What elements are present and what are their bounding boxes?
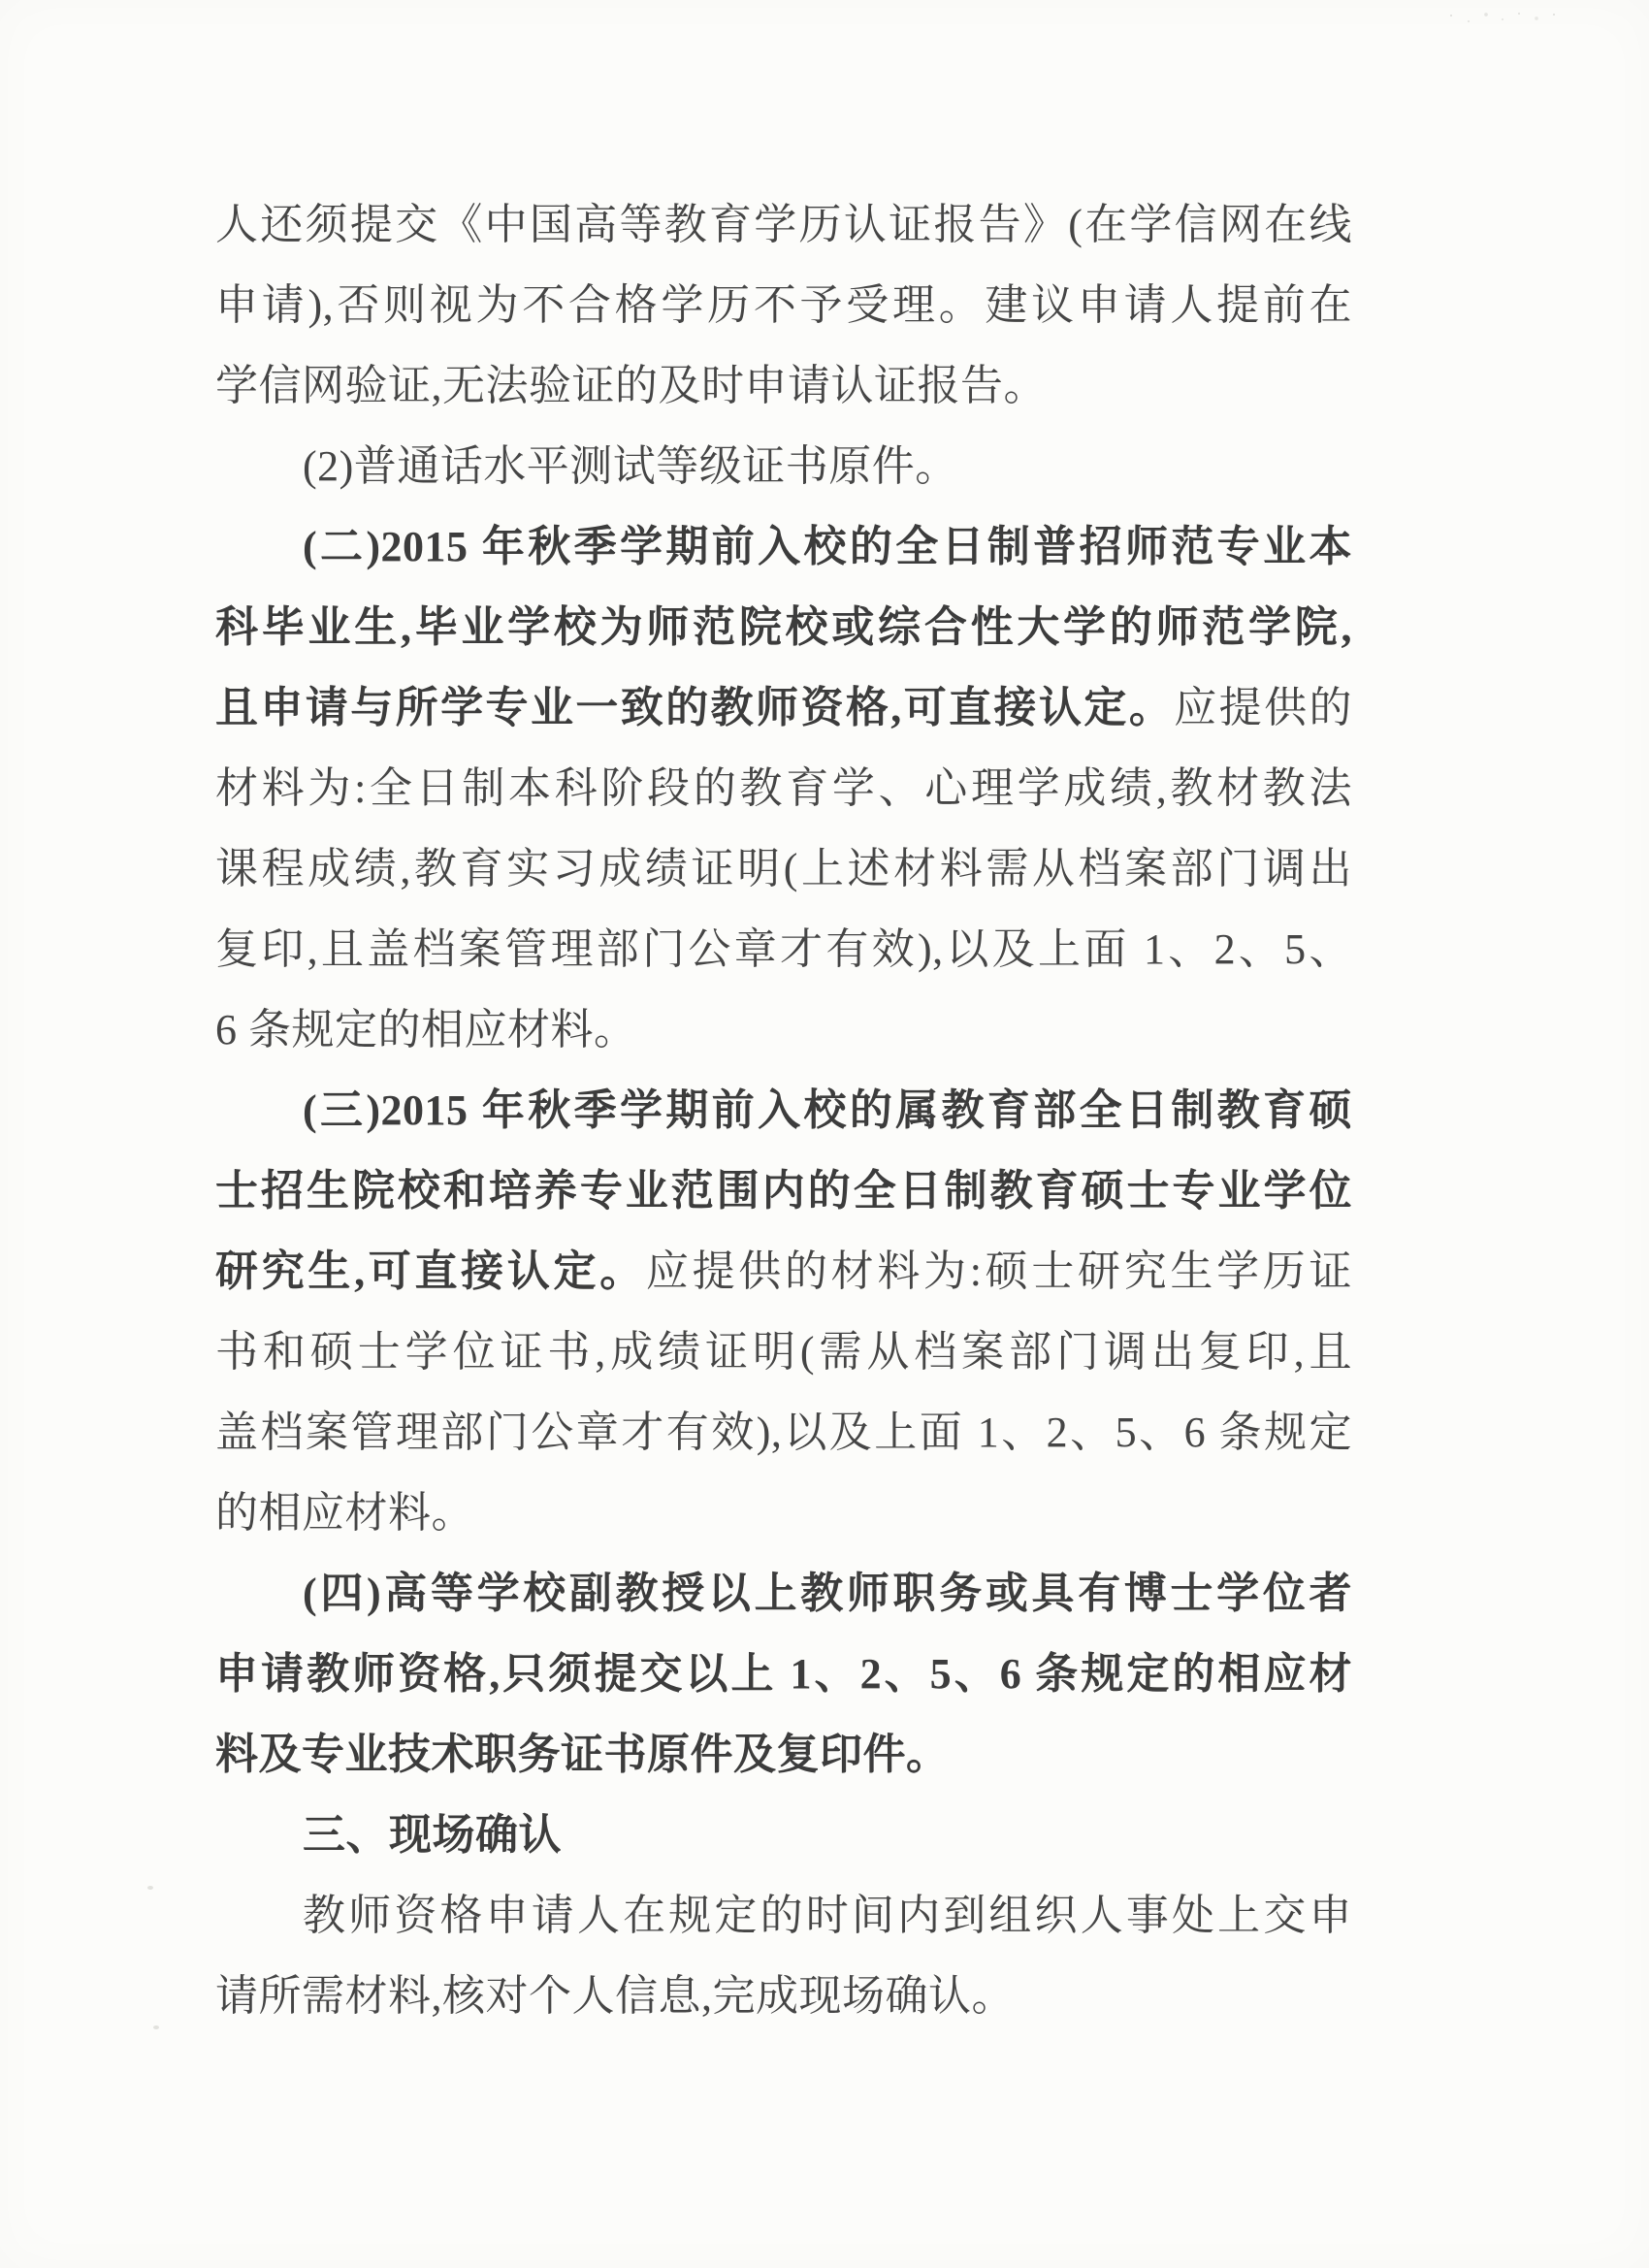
- bold-text-run: (三)2015 年秋季学期前入校的属教育部全日制教育硕: [303, 1086, 1352, 1134]
- text-line-1: 人还须提交《中国高等教育学历认证报告》(在学信网在线: [215, 184, 1352, 265]
- text-line-5: (二)2015 年秋季学期前入校的全日制普招师范专业本: [215, 506, 1352, 587]
- text-line-18: (四)高等学校副教授以上教师职务或具有博士学位者: [215, 1553, 1352, 1634]
- text-line-6: 科毕业生,毕业学校为师范院校或综合性大学的师范学院,: [215, 587, 1352, 667]
- bold-text-run: 料及专业技术职务证书原件及复印件。: [215, 1731, 950, 1778]
- bold-text-run: 申请教师资格,只须提交以上 1、2、5、6 条规定的相应材: [215, 1650, 1352, 1698]
- bold-text-run: 研究生,可直接认定。: [215, 1247, 646, 1295]
- text-line-2: 申请),否则视为不合格学历不予受理。建议申请人提前在: [215, 265, 1352, 345]
- text-line-21: 三、现场确认: [215, 1795, 1352, 1875]
- text-line-14: 研究生,可直接认定。应提供的材料为:硕士研究生学历证: [215, 1231, 1352, 1312]
- text-run: 学信网验证,无法验证的及时申请认证报告。: [215, 362, 1047, 409]
- bold-text-run: (四)高等学校副教授以上教师职务或具有博士学位者: [303, 1570, 1352, 1617]
- bold-text-run: 士招生院校和培养专业范围内的全日制教育硕士专业学位: [215, 1167, 1352, 1215]
- text-line-12: (三)2015 年秋季学期前入校的属教育部全日制教育硕: [215, 1070, 1352, 1150]
- text-run: 材料为:全日制本科阶段的教育学、心理学成绩,教材教法: [215, 764, 1352, 812]
- text-line-9: 课程成绩,教育实习成绩证明(上述材料需从档案部门调出: [215, 828, 1352, 909]
- text-line-10: 复印,且盖档案管理部门公章才有效),以及上面 1、2、5、: [215, 909, 1352, 989]
- text-run: 申请),否则视为不合格学历不予受理。建议申请人提前在: [215, 281, 1352, 329]
- document-text-block: 人还须提交《中国高等教育学历认证报告》(在学信网在线申请),否则视为不合格学历不…: [215, 184, 1352, 2036]
- text-run: 复印,且盖档案管理部门公章才有效),以及上面 1、2、5、: [215, 925, 1352, 973]
- bold-text-run: 科毕业生,毕业学校为师范院校或综合性大学的师范学院,: [215, 603, 1352, 651]
- text-line-13: 士招生院校和培养专业范围内的全日制教育硕士专业学位: [215, 1150, 1352, 1231]
- bold-text-run: 三、现场确认: [303, 1811, 562, 1859]
- text-line-22: 教师资格申请人在规定的时间内到组织人事处上交申: [215, 1875, 1352, 1956]
- text-run: 盖档案管理部门公章才有效),以及上面 1、2、5、6 条规定: [215, 1409, 1352, 1456]
- text-run: 6 条规定的相应材料。: [215, 1006, 637, 1053]
- scan-speck: [153, 2025, 159, 2029]
- text-run: 的相应材料。: [215, 1489, 474, 1537]
- text-line-17: 的相应材料。: [215, 1473, 1352, 1553]
- bold-text-run: (二)2015 年秋季学期前入校的全日制普招师范专业本: [303, 523, 1352, 570]
- text-run: 书和硕士学位证书,成绩证明(需从档案部门调出复印,且: [215, 1328, 1352, 1376]
- text-run: 人还须提交《中国高等教育学历认证报告》(在学信网在线: [215, 201, 1352, 248]
- scanned-document-page: 人还须提交《中国高等教育学历认证报告》(在学信网在线申请),否则视为不合格学历不…: [0, 0, 1649, 2268]
- text-run: 课程成绩,教育实习成绩证明(上述材料需从档案部门调出: [215, 845, 1352, 892]
- text-line-3: 学信网验证,无法验证的及时申请认证报告。: [215, 345, 1352, 426]
- text-line-15: 书和硕士学位证书,成绩证明(需从档案部门调出复印,且: [215, 1312, 1352, 1392]
- text-line-23: 请所需材料,核对个人信息,完成现场确认。: [215, 1956, 1352, 2036]
- text-run: 请所需材料,核对个人信息,完成现场确认。: [215, 1972, 1015, 2020]
- text-line-7: 且申请与所学专业一致的教师资格,可直接认定。应提供的: [215, 667, 1352, 748]
- text-run: (2)普通话水平测试等级证书原件。: [303, 442, 958, 490]
- bold-text-run: 且申请与所学专业一致的教师资格,可直接认定。: [215, 684, 1174, 731]
- scan-artifact-top-right: [1443, 6, 1571, 31]
- scan-speck: [147, 1886, 153, 1890]
- text-line-8: 材料为:全日制本科阶段的教育学、心理学成绩,教材教法: [215, 748, 1352, 828]
- text-line-16: 盖档案管理部门公章才有效),以及上面 1、2、5、6 条规定: [215, 1392, 1352, 1473]
- text-line-20: 料及专业技术职务证书原件及复印件。: [215, 1714, 1352, 1795]
- text-line-11: 6 条规定的相应材料。: [215, 989, 1352, 1070]
- text-line-4: (2)普通话水平测试等级证书原件。: [215, 426, 1352, 506]
- text-line-19: 申请教师资格,只须提交以上 1、2、5、6 条规定的相应材: [215, 1634, 1352, 1714]
- text-run: 教师资格申请人在规定的时间内到组织人事处上交申: [303, 1892, 1352, 1939]
- text-run: 应提供的: [1174, 684, 1352, 731]
- text-run: 应提供的材料为:硕士研究生学历证: [646, 1247, 1352, 1295]
